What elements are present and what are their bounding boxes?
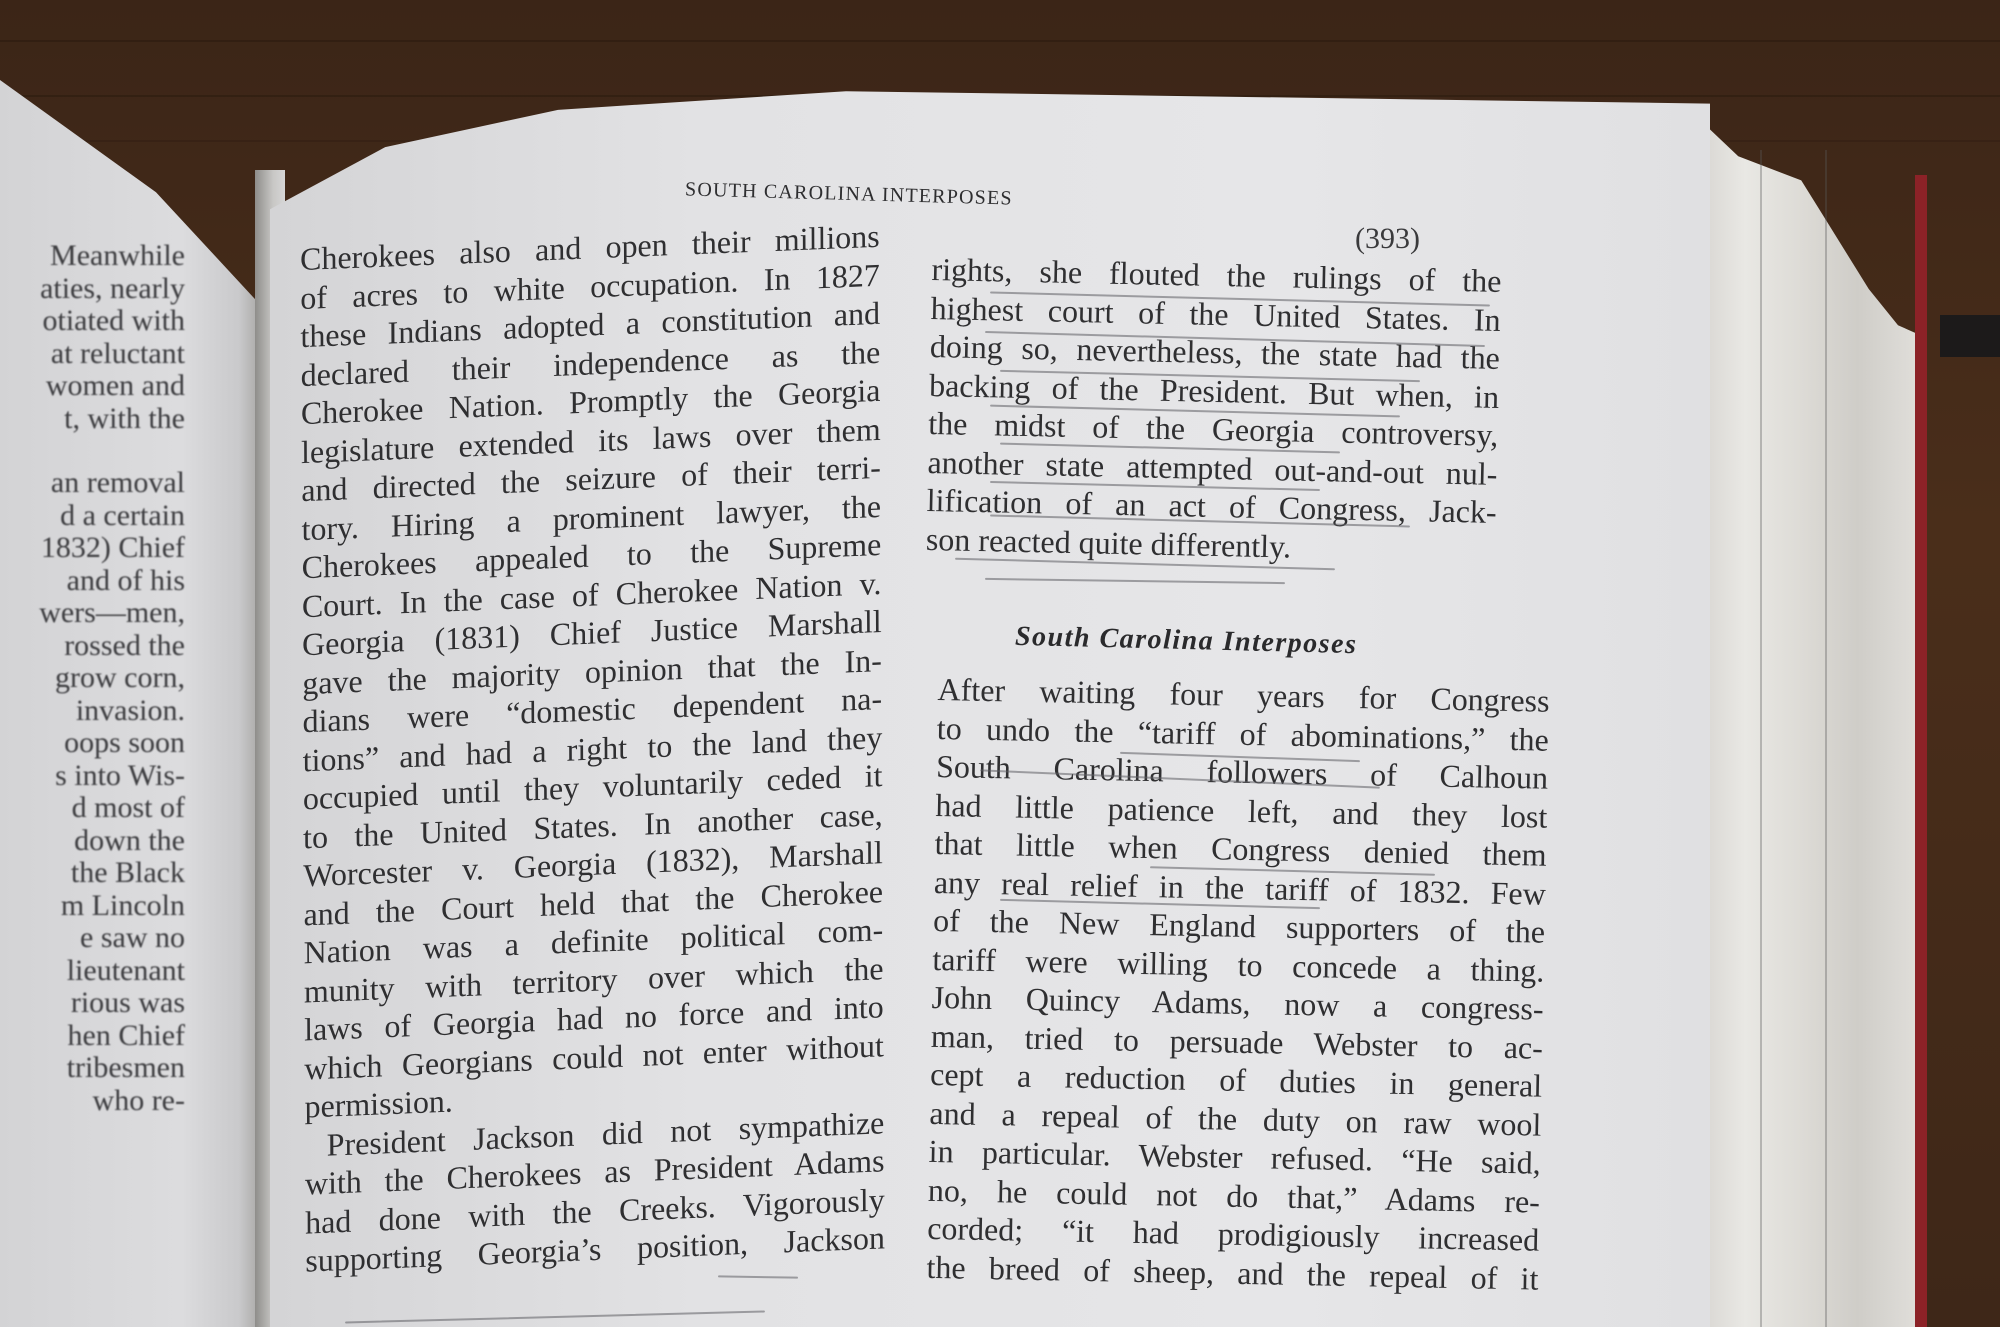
text-line: m Lincoln: [0, 890, 185, 923]
text-line: wers—men,: [0, 597, 185, 630]
text-line: Meanwhile: [0, 240, 185, 273]
text-line: down the: [0, 825, 185, 858]
text-line: tribesmen: [0, 1052, 185, 1085]
text-line: who re-: [0, 1085, 185, 1118]
text-line: rossed the: [0, 630, 185, 663]
text-line: the Black: [0, 857, 185, 890]
red-book-cover-edge: [1915, 175, 1927, 1327]
text-line: d most of: [0, 792, 185, 825]
page-number: (393): [1355, 222, 1420, 256]
right-column-section-text: After waiting four years for Congress to…: [926, 670, 1550, 1298]
text-line: at reluctant: [0, 338, 185, 371]
text-line: rious was: [0, 987, 185, 1020]
page-stack-line: [1825, 150, 1827, 1327]
left-page-text: Meanwhile aties, nearly otiated with at …: [0, 240, 185, 1117]
text-line: invasion.: [0, 695, 185, 728]
paragraph-gap: [0, 435, 185, 467]
page-stack-line: [1760, 150, 1762, 1327]
text-line: e saw no: [0, 922, 185, 955]
text-line: oops soon: [0, 727, 185, 760]
dark-object-edge: [1940, 315, 2000, 357]
text-line: women and: [0, 370, 185, 403]
text-line: hen Chief: [0, 1020, 185, 1053]
text-line: d a certain: [0, 500, 185, 533]
text-line: aties, nearly: [0, 273, 185, 306]
left-column-text: Cherokees also and open their millions o…: [300, 217, 885, 1280]
text-line: otiated with: [0, 305, 185, 338]
text-line: s into Wis-: [0, 760, 185, 793]
text-line: an removal: [0, 467, 185, 500]
text-line: lieutenant: [0, 955, 185, 988]
text-line: t, with the: [0, 403, 185, 436]
text-line: 1832) Chief: [0, 532, 185, 565]
text-line: grow corn,: [0, 662, 185, 695]
text-line: and of his: [0, 565, 185, 598]
